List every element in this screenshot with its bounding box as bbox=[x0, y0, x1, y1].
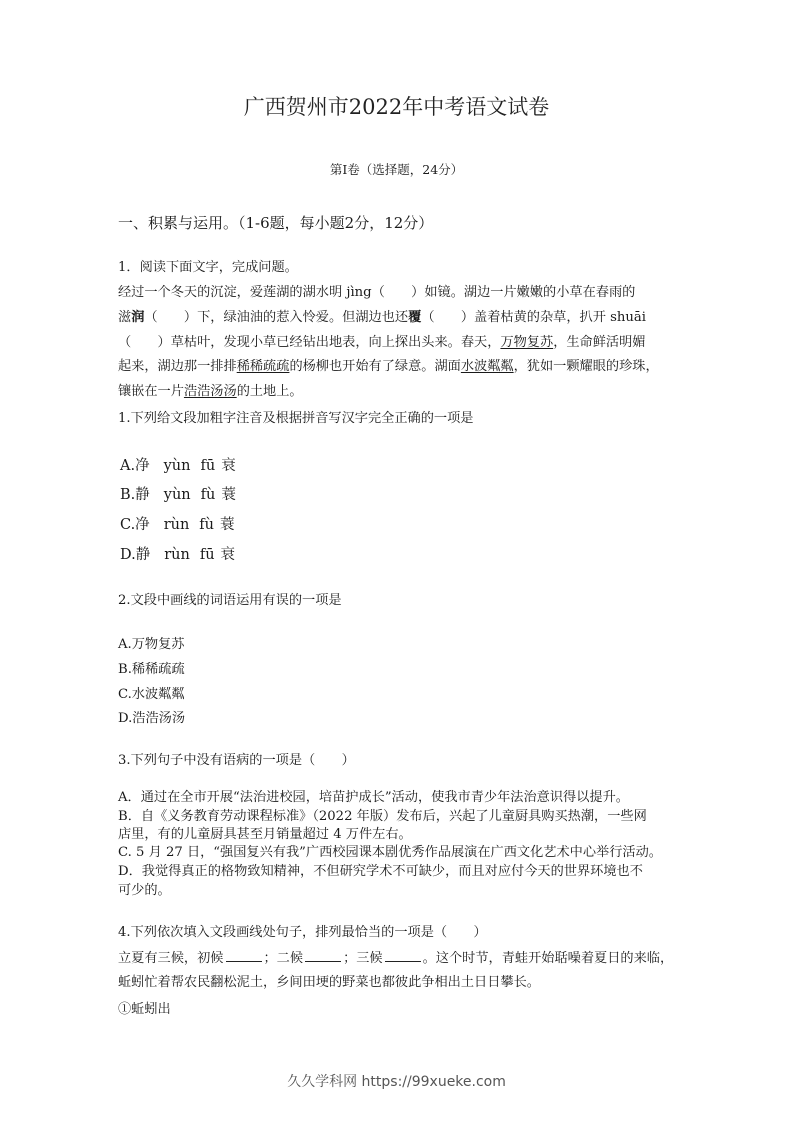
section-heading: 一、积累与运用。（1-6题，每小题2分，12分） bbox=[118, 212, 433, 234]
text: 起来，湖边那一排排 bbox=[118, 359, 237, 374]
hanzi: 衰 bbox=[221, 545, 236, 565]
text: 滋 bbox=[118, 310, 131, 325]
fill-blank-2 bbox=[305, 949, 341, 962]
pinyin: yùn bbox=[164, 485, 191, 505]
q4-item-1: ①蚯蚓出 bbox=[118, 1001, 171, 1019]
q4-passage-line-1: 立夏有三候，初候；二候；三候。这个时节，青蛙开始聒噪着夏日的来临， bbox=[118, 949, 673, 968]
q3-option-d: D．我觉得真正的格物致知精神，不但研究学术不可缺少，而且对应付今天的世界环境也不 bbox=[118, 863, 643, 881]
hanzi: 蓑 bbox=[220, 515, 235, 535]
text: ，生命鲜活明媚 bbox=[553, 335, 645, 350]
underlined-phrase: 水波粼粼 bbox=[461, 359, 514, 374]
pinyin: fù bbox=[201, 485, 216, 505]
pinyin: rùn bbox=[164, 515, 190, 535]
part-subtitle: 第Ⅰ卷（选择题，24分） bbox=[0, 161, 793, 179]
text: （ ）下，绿油油的惹入怜爱。但湖边也还 bbox=[144, 310, 408, 325]
option-label: A.净 bbox=[120, 458, 150, 474]
q3-option-b-cont: 店里，有的儿童厨具甚至月销量超过 4 万件左右。 bbox=[118, 826, 412, 844]
q4-passage-line-2: 蚯蚓忙着帮农民翻松泥土，乡间田埂的野菜也都彼此争相出土日日攀长。 bbox=[118, 974, 540, 992]
passage-line-2: 滋润（ ）下，绿油油的惹入怜爱。但湖边也还覆（ ）盖着枯黄的杂草，扒开 shuā… bbox=[118, 309, 646, 327]
text: ；三候 bbox=[343, 951, 383, 966]
text: ；二候 bbox=[264, 951, 304, 966]
underlined-phrase: 稀稀疏疏 bbox=[237, 359, 290, 374]
q2-stem: 2.文段中画线的词语运用有误的一项是 bbox=[118, 592, 342, 610]
q1-intro: 1．阅读下面文字，完成问题。 bbox=[118, 259, 298, 277]
text: 的土地上。 bbox=[237, 384, 303, 399]
option-label: D.静 bbox=[120, 547, 150, 563]
watermark-footer: 久久学科网 https://99xueke.com bbox=[0, 1071, 793, 1091]
hanzi: 衰 bbox=[221, 456, 236, 476]
q3-option-a: A．通过在全市开展“法治进校园，培苗护成长”活动，使我市青少年法治意识得以提升。 bbox=[118, 789, 629, 807]
text: 镶嵌在一片 bbox=[118, 384, 184, 399]
underlined-phrase: 万物复苏 bbox=[500, 335, 553, 350]
page-title: 广西贺州市2022年中考语文试卷 bbox=[0, 92, 793, 122]
q2-option-d: D.浩浩汤汤 bbox=[118, 710, 185, 728]
bold-char-fu: 覆 bbox=[408, 310, 421, 325]
pinyin: fū bbox=[200, 545, 215, 565]
text: ，犹如一颗耀眼的珍珠， bbox=[514, 359, 659, 374]
bold-char-run: 润 bbox=[131, 310, 144, 325]
fill-blank-1 bbox=[226, 949, 262, 962]
q1-option-b: B.静yùnfù蓑 bbox=[120, 485, 236, 505]
pinyin: rùn bbox=[164, 545, 190, 565]
option-label: C.净 bbox=[120, 517, 150, 533]
hanzi: 蓑 bbox=[221, 485, 236, 505]
passage-line-4: 起来，湖边那一排排稀稀疏疏的杨柳也开始有了绿意。湖面水波粼粼，犹如一颗耀眼的珍珠… bbox=[118, 358, 659, 376]
q3-option-d-cont: 可少的。 bbox=[118, 882, 171, 900]
q2-option-c: C.水波粼粼 bbox=[118, 686, 185, 704]
q4-stem: 4.下列依次填入文段画线处句子，排列最恰当的一项是（ ） bbox=[118, 924, 487, 942]
text: 的杨柳也开始有了绿意。湖面 bbox=[289, 359, 460, 374]
q3-option-c: C. 5 月 27 日，“强国复兴有我”广西校园课本剧优秀作品展演在广西文化艺术… bbox=[118, 844, 662, 862]
q2-option-a: A.万物复苏 bbox=[118, 636, 184, 654]
q1-sub1-stem: 1.下列给文段加粗字注音及根据拼音写汉字完全正确的一项是 bbox=[118, 410, 473, 428]
q1-option-c: C.净rùnfù蓑 bbox=[120, 515, 235, 535]
text: （ ）盖着枯黄的杂草，扒开 shuāi bbox=[421, 310, 646, 325]
passage-line-3: （ ）草枯叶，发现小草已经钻出地表，向上探出头来。春天，万物复苏，生命鲜活明媚 bbox=[118, 334, 646, 352]
q3-option-b: B．自《义务教育劳动课程标准》（2022 年版）发布后，兴起了儿童厨具购买热潮，… bbox=[118, 808, 647, 826]
text: （ ）草枯叶，发现小草已经钻出地表，向上探出头来。春天， bbox=[118, 335, 500, 350]
passage-line-5: 镶嵌在一片浩浩汤汤的土地上。 bbox=[118, 383, 303, 401]
pinyin: yùn bbox=[164, 456, 191, 476]
pinyin: fū bbox=[200, 456, 215, 476]
fill-blank-3 bbox=[385, 949, 421, 962]
underlined-phrase: 浩浩汤汤 bbox=[184, 384, 237, 399]
q1-option-a: A.净yùnfū衰 bbox=[120, 456, 236, 476]
text: 立夏有三候，初候 bbox=[118, 951, 224, 966]
q1-option-d: D.静rùnfū衰 bbox=[120, 545, 235, 565]
text: 。这个时节，青蛙开始聒噪着夏日的来临， bbox=[423, 951, 674, 966]
q3-stem: 3.下列句子中没有语病的一项是（ ） bbox=[118, 752, 355, 770]
pinyin: fù bbox=[199, 515, 214, 535]
option-label: B.静 bbox=[120, 487, 150, 503]
passage-line-1: 经过一个冬天的沉淀，爱莲湖的湖水明 jìng（ ）如镜。湖边一片嫩嫩的小草在春雨… bbox=[118, 284, 635, 302]
q2-option-b: B.稀稀疏疏 bbox=[118, 661, 185, 679]
